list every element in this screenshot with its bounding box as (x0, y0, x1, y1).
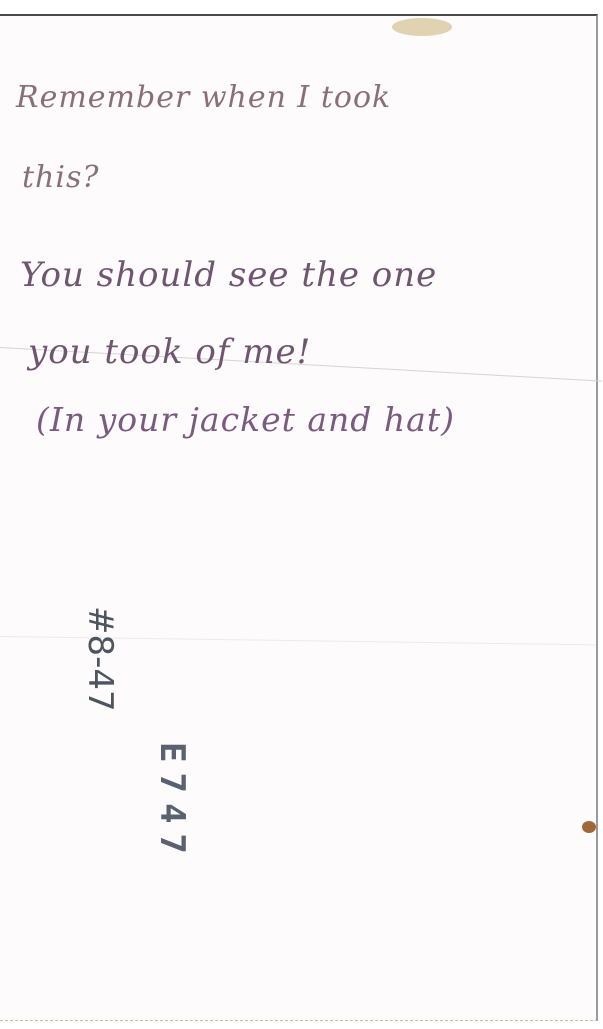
paper-stain (582, 821, 596, 833)
handwritten-line: Remember when I took (16, 80, 391, 115)
pencil-mark: #8-47 (80, 606, 120, 712)
handwritten-line: (In your jacket and hat) (36, 400, 455, 439)
paper-stain (392, 18, 452, 36)
handwritten-line: You should see the one (20, 255, 437, 295)
stamped-number: E747 (152, 742, 192, 864)
handwritten-line: this? (22, 160, 99, 195)
handwritten-line: you took of me! (28, 332, 311, 372)
